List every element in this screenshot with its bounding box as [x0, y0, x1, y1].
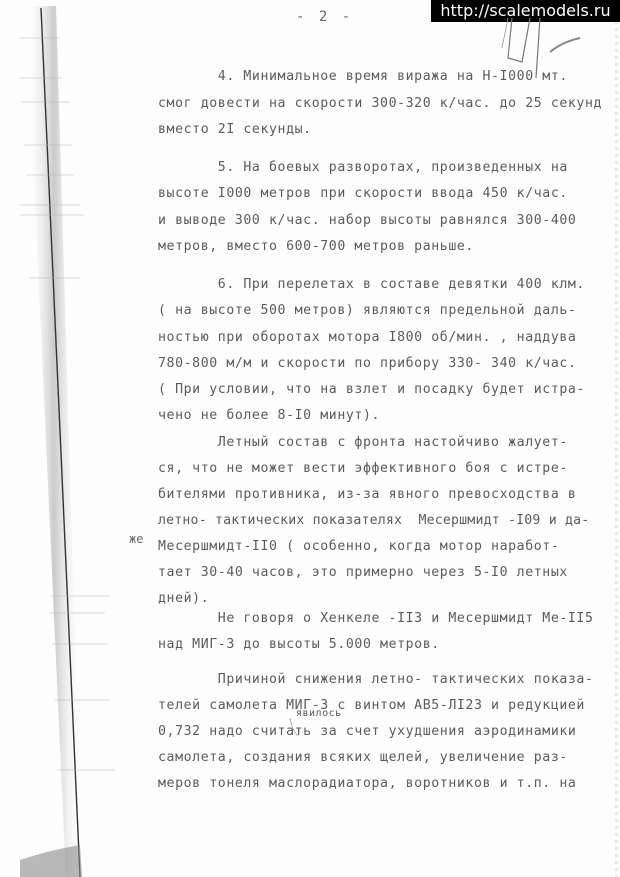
text-line: летно- тактических показателях Месершмид…	[158, 513, 589, 528]
text-line: меров тонеля маслорадиатора, воротников …	[158, 776, 576, 791]
text-line: и выводе 300 к/час. набор высоты равнялс…	[158, 213, 576, 228]
binding-edge-shadow	[0, 0, 120, 877]
text-line: ся, что не может вести эффективного боя …	[158, 461, 568, 476]
text-line: 4. Минимальное время виража на Н-I000 мт…	[158, 69, 568, 84]
text-line: ( на высоте 500 метров) являются предель…	[158, 303, 576, 318]
document-page: http://scalemodels.ru - 2 - 4. Минимальн…	[0, 0, 620, 877]
text-line: 0,732 надо считать за счет ухудшения аэр…	[158, 724, 576, 739]
text-line: метров, вместо 600-700 метров раньше.	[158, 239, 474, 254]
text-line: ( При условии, что на взлет и посадку бу…	[158, 382, 585, 397]
page-edge-scan-artifact	[615, 0, 618, 877]
page-number: - 2 -	[296, 9, 353, 25]
text-line: вместо 2I секунды.	[158, 122, 312, 137]
text-line: телей самолета МИГ-3 с винтом АВ5-ЛI23 и…	[158, 698, 585, 713]
text-line: высоте I000 метров при скорости ввода 45…	[158, 186, 568, 201]
text-line: 6. При перелетах в составе девятки 400 к…	[158, 277, 585, 292]
text-line: чено не более 8-I0 минут).	[158, 408, 380, 423]
text-line: над МИГ-3 до высоты 5.000 метров.	[158, 637, 440, 652]
text-line: тает 30-40 часов, это примерно через 5-I…	[158, 565, 568, 580]
margin-note: же	[129, 532, 143, 546]
text-line: смог довести на скорости 300-320 к/час. …	[158, 96, 602, 111]
text-line: Не говоря о Хенкеле -II3 и Месершмидт Ме…	[158, 611, 594, 626]
text-line: ностью при оборотах мотора I800 об/мин. …	[158, 330, 576, 345]
text-line: Причиной снижения летно- тактических пок…	[158, 672, 594, 687]
text-line: бителями противника, из-за явного превос…	[158, 487, 576, 502]
text-line: Месершмидт-II0 ( особенно, когда мотор н…	[158, 539, 559, 554]
text-line: самолета, создания всяких щелей, увеличе…	[158, 750, 568, 765]
text-line: дней).	[158, 591, 209, 606]
text-line: Летный состав с фронта настойчиво жалует…	[158, 435, 568, 450]
text-line: 5. На боевых разворотах, произведенных н…	[158, 160, 568, 175]
text-line: 780-800 м/м и скорости по прибору 330- 3…	[158, 356, 576, 371]
